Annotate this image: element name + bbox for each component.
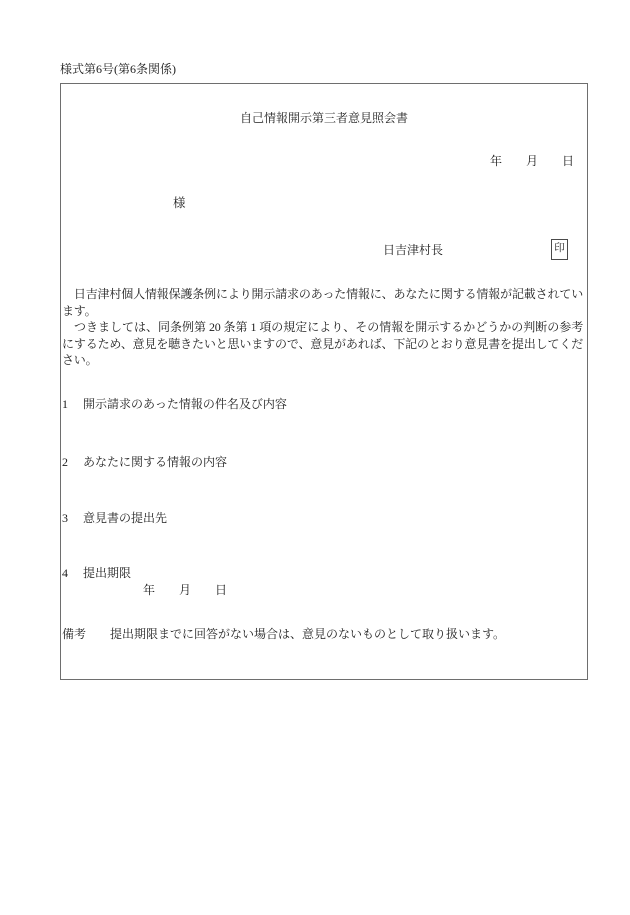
item-4-number: 4 [62, 566, 83, 580]
date-line-top: 年 月 日 [490, 154, 574, 168]
remarks-text: 提出期限までに回答がない場合は、意見のないものとして取り扱います。 [110, 627, 505, 641]
item-4-label: 提出期限 [83, 566, 131, 580]
form-border-box: 自己情報開示第三者意見照会書 年 月 日 様 日吉津村長 印 日吉津村個人情報保… [60, 83, 588, 680]
seal-stamp-box: 印 [551, 239, 568, 260]
item-3-number: 3 [62, 511, 83, 525]
sender-name: 日吉津村長 [383, 243, 443, 257]
item-2-label: あなたに関する情報の内容 [83, 455, 227, 469]
document-title: 自己情報開示第三者意見照会書 [61, 111, 587, 125]
remarks-row: 備考提出期限までに回答がない場合は、意見のないものとして取り扱います。 [62, 627, 505, 641]
item-3-label: 意見書の提出先 [83, 511, 167, 525]
form-number-label: 様式第6号(第6条関係) [60, 62, 176, 76]
remarks-label: 備考 [62, 627, 110, 641]
seal-character: 印 [554, 244, 565, 255]
form-item-1: 1開示請求のあった情報の件名及び内容 [62, 397, 287, 411]
form-item-4: 4提出期限 [62, 566, 131, 580]
item-2-number: 2 [62, 455, 83, 469]
form-item-2: 2あなたに関する情報の内容 [62, 455, 227, 469]
item-4-date-line: 年 月 日 [143, 583, 227, 597]
item-1-number: 1 [62, 397, 83, 411]
item-1-label: 開示請求のあった情報の件名及び内容 [83, 397, 287, 411]
body-paragraph-1: 日吉津村個人情報保護条例により開示請求のあった情報に、あなたに関する情報が記載さ… [62, 286, 583, 319]
addressee-honorific: 様 [173, 196, 186, 210]
form-item-3: 3意見書の提出先 [62, 511, 167, 525]
body-paragraphs: 日吉津村個人情報保護条例により開示請求のあった情報に、あなたに関する情報が記載さ… [62, 286, 583, 369]
document-page: 様式第6号(第6条関係) 自己情報開示第三者意見照会書 年 月 日 様 日吉津村… [0, 0, 630, 915]
body-paragraph-2: つきましては、同条例第 20 条第 1 項の規定により、その情報を開示するかどう… [62, 319, 583, 369]
